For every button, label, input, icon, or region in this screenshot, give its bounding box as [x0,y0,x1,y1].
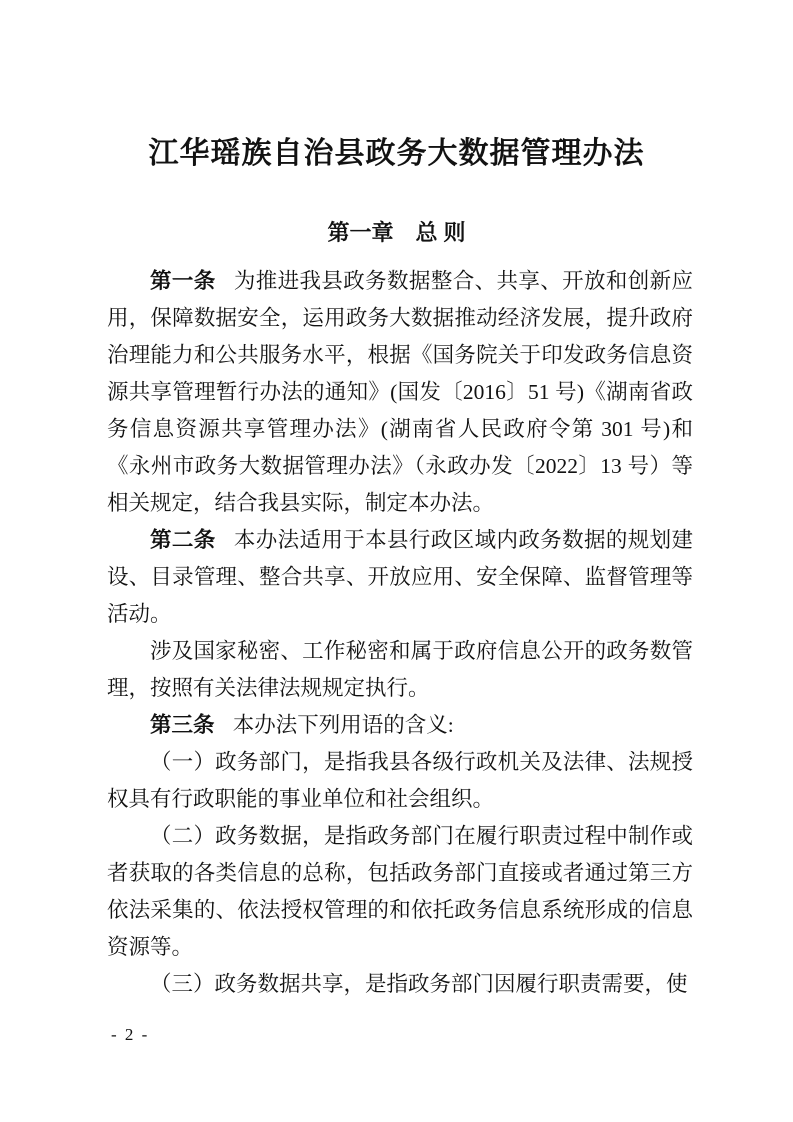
article-number: 第三条 [150,713,215,737]
article-number: 第一条 [150,269,216,293]
document-title: 江华瑶族自治县政务大数据管理办法 [0,0,793,173]
paragraph-secrecy-note: 涉及国家秘密、工作秘密和属于政府信息公开的政务数管理，按照有关法律法规规定执行。 [107,633,693,707]
article-number: 第二条 [150,528,216,552]
document-body: 第一条为推进我县政务数据整合、共享、开放和创新应用，保障数据安全，运用政务大数据… [107,263,693,1003]
paragraph-text: （三）政务数据共享，是指政务部门因履行职责需要，使 [150,972,688,996]
chapter-heading: 第一章 总 则 [0,219,793,247]
paragraph-definition-3: （三）政务数据共享，是指政务部门因履行职责需要，使 [107,966,693,1003]
paragraph-text: 为推进我县政务数据整合、共享、开放和创新应用，保障数据安全，运用政务大数据推动经… [107,269,693,515]
page-number: - 2 - [111,1024,149,1046]
paragraph-text: 本办法下列用语的含义: [233,713,454,737]
paragraph-article-1: 第一条为推进我县政务数据整合、共享、开放和创新应用，保障数据安全，运用政务大数据… [107,263,693,522]
paragraph-article-2: 第二条本办法适用于本县行政区域内政务数据的规划建设、目录管理、整合共享、开放应用… [107,522,693,633]
paragraph-definition-2: （二）政务数据，是指政务部门在履行职责过程中制作或者获取的各类信息的总称，包括政… [107,818,693,966]
paragraph-definition-1: （一）政务部门，是指我县各级行政机关及法律、法规授权具有行政职能的事业单位和社会… [107,744,693,818]
paragraph-text: （二）政务数据，是指政务部门在履行职责过程中制作或者获取的各类信息的总称，包括政… [107,824,693,959]
paragraph-text: 涉及国家秘密、工作秘密和属于政府信息公开的政务数管理，按照有关法律法规规定执行。 [107,639,693,700]
document-page: 江华瑶族自治县政务大数据管理办法 第一章 总 则 第一条为推进我县政务数据整合、… [0,0,793,1122]
paragraph-text: （一）政务部门，是指我县各级行政机关及法律、法规授权具有行政职能的事业单位和社会… [107,750,693,811]
paragraph-article-3: 第三条本办法下列用语的含义: [107,707,693,744]
